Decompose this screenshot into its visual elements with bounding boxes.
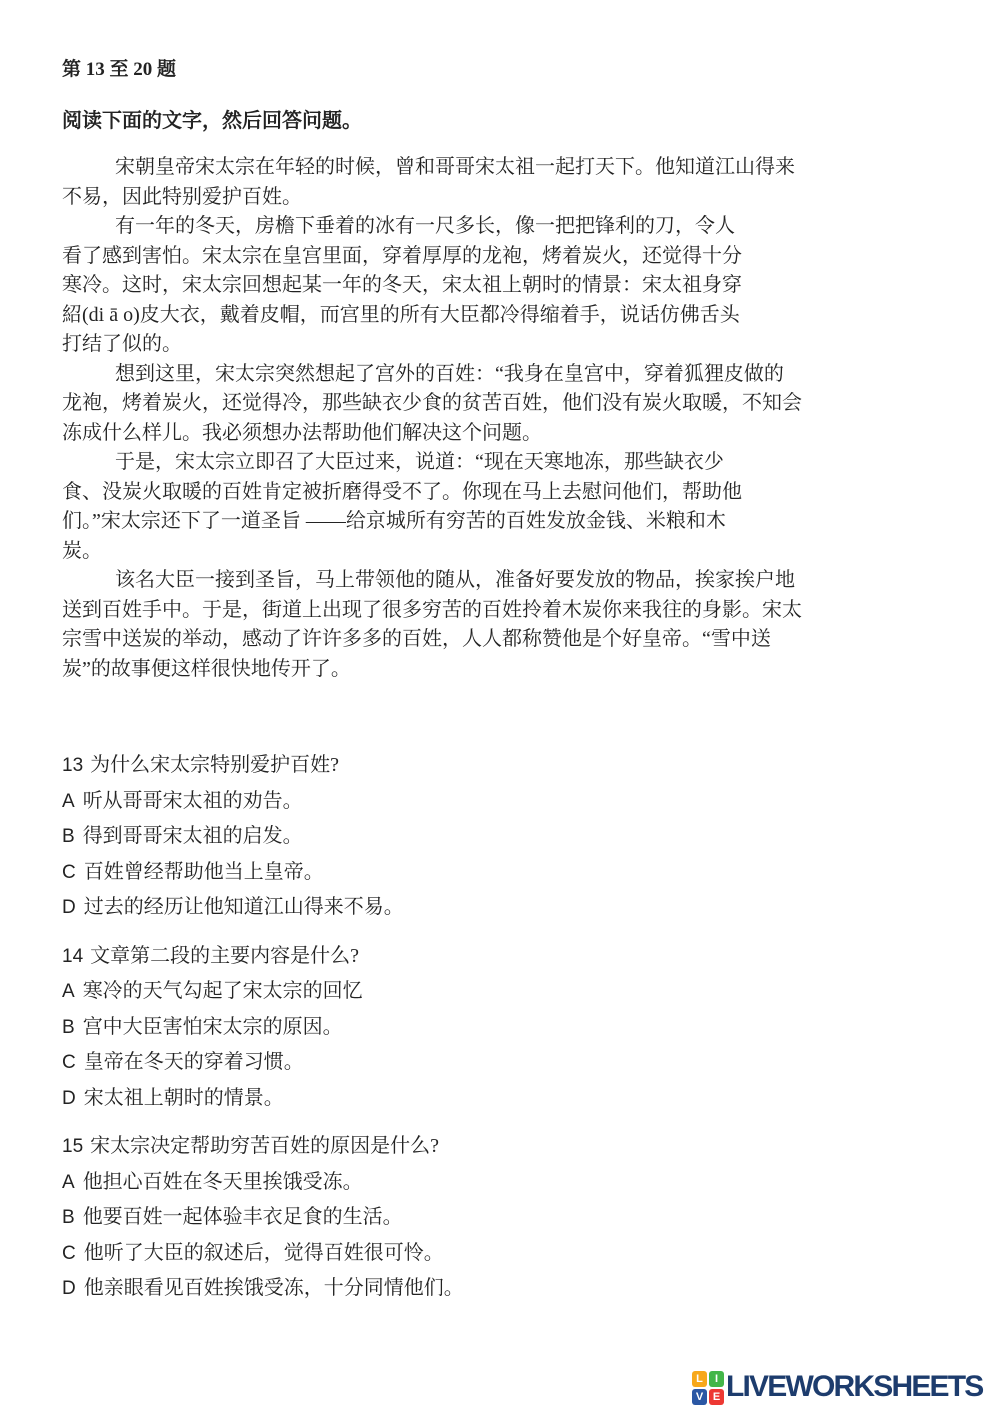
option-label: B [62,1207,75,1228]
passage-line: 们。”宋太宗还下了一道圣旨 ——给京城所有穷苦的百姓发放金钱、米粮和木 [62,507,942,537]
question-number: 14 [62,946,83,967]
option-label: B [62,1017,75,1038]
option-label: C [62,862,76,883]
option-text: 他要百姓一起体验丰衣足食的生活。 [83,1206,403,1228]
passage-line: 打结了似的。 [62,330,942,360]
question-block-13: 13为什么宋太宗特别爱护百姓? A听从哥哥宋太祖的劝告。 B得到哥哥宋太祖的启发… [62,748,942,926]
passage-line: 有一年的冬天，房檐下垂着的冰有一尺多长，像一把把锋利的刀，令人 [62,212,942,242]
option-label: B [62,826,75,847]
logo-tile-e: E [709,1389,724,1405]
liveworksheets-logo[interactable]: L I V E LIVEWORKSHEETS [692,1369,983,1405]
option-row[interactable]: C百姓曾经帮助他当上皇帝。 [62,855,942,891]
option-text: 听从哥哥宋太祖的劝告。 [83,790,303,812]
passage-line: 想到这里，宋太宗突然想起了宫外的百姓：“我身在皇宫中，穿着狐狸皮做的 [62,360,942,390]
passage-paragraph: 宋朝皇帝宋太宗在年轻的时候，曾和哥哥宋太祖一起打天下。他知道江山得来 不易，因此… [62,153,942,212]
question-block-15: 15宋太宗决定帮助穷苦百姓的原因是什么? A他担心百姓在冬天里挨饿受冻。 B他要… [62,1129,942,1307]
passage-line: 紹(di ā o)皮大衣，戴着皮帽，而宫里的所有大臣都冷得缩着手，说话仿佛舌头 [62,301,942,331]
passage-line: 龙袍，烤着炭火，还觉得冷，那些缺衣少食的贫苦百姓，他们没有炭火取暖，不知会 [62,389,942,419]
passage-line: 于是，宋太宗立即召了大臣过来，说道：“现在天寒地冻，那些缺衣少 [62,448,942,478]
passage-paragraph: 想到这里，宋太宗突然想起了宫外的百姓：“我身在皇宫中，穿着狐狸皮做的 龙袍，烤着… [62,360,942,449]
option-label: D [62,1088,76,1109]
passage-line: 宗雪中送炭的举动，感动了许许多多的百姓，人人都称赞他是个好皇帝。“雪中送 [62,625,942,655]
passage-line: 炭。 [62,537,942,567]
passage-line: 寒冷。这时，宋太宗回想起某一年的冬天，宋太祖上朝时的情景：宋太祖身穿 [62,271,942,301]
option-text: 宫中大臣害怕宋太宗的原因。 [83,1016,343,1038]
brand-wordmark: LIVEWORKSHEETS [726,1370,983,1404]
option-row[interactable]: D宋太祖上朝时的情景。 [62,1081,942,1117]
option-text: 得到哥哥宋太祖的启发。 [83,825,303,847]
option-text: 皇帝在冬天的穿着习惯。 [84,1051,304,1073]
question-range-heading: 第 13 至 20 题 [62,58,942,82]
worksheet-page: 第 13 至 20 题 阅读下面的文字，然后回答问题。 宋朝皇帝宋太宗在年轻的时… [62,58,942,1320]
instruction-heading: 阅读下面的文字，然后回答问题。 [62,109,942,134]
option-label: C [62,1052,76,1073]
option-label: D [62,897,76,918]
passage-line: 食、没炭火取暖的百姓肯定被折磨得受不了。你现在马上去慰问他们，帮助他 [62,478,942,508]
option-row[interactable]: D过去的经历让他知道江山得来不易。 [62,890,942,926]
questions-section: 13为什么宋太宗特别爱护百姓? A听从哥哥宋太祖的劝告。 B得到哥哥宋太祖的启发… [62,748,942,1307]
passage-line: 炭”的故事便这样很快地传开了。 [62,655,942,685]
option-text: 宋太祖上朝时的情景。 [84,1087,284,1109]
option-label: D [62,1278,76,1299]
option-row[interactable]: B他要百姓一起体验丰衣足食的生活。 [62,1200,942,1236]
option-row[interactable]: D他亲眼看见百姓挨饿受冻，十分同情他们。 [62,1271,942,1307]
question-number: 13 [62,755,83,776]
option-label: C [62,1243,76,1264]
option-label: A [62,1172,75,1193]
passage-line: 冻成什么样儿。我必须想办法帮助他们解决这个问题。 [62,419,942,449]
question-number: 15 [62,1136,83,1157]
reading-passage: 宋朝皇帝宋太宗在年轻的时候，曾和哥哥宋太祖一起打天下。他知道江山得来 不易，因此… [62,153,942,684]
option-text: 他担心百姓在冬天里挨饿受冻。 [83,1171,363,1193]
option-row[interactable]: B宫中大臣害怕宋太宗的原因。 [62,1010,942,1046]
option-row[interactable]: A寒冷的天气勾起了宋太宗的回忆 [62,974,942,1010]
option-row[interactable]: C他听了大臣的叙述后，觉得百姓很可怜。 [62,1236,942,1272]
option-row[interactable]: C皇帝在冬天的穿着习惯。 [62,1045,942,1081]
option-text: 他亲眼看见百姓挨饿受冻，十分同情他们。 [84,1277,464,1299]
passage-paragraph: 于是，宋太宗立即召了大臣过来，说道：“现在天寒地冻，那些缺衣少 食、没炭火取暖的… [62,448,942,566]
option-row[interactable]: B得到哥哥宋太祖的启发。 [62,819,942,855]
passage-line: 该名大臣一接到圣旨，马上带领他的随从，准备好要发放的物品，挨家挨户地 [62,566,942,596]
logo-tile-v: V [692,1389,707,1405]
passage-line: 看了感到害怕。宋太宗在皇宫里面，穿着厚厚的龙袍，烤着炭火，还觉得十分 [62,242,942,272]
passage-line: 送到百姓手中。于是，街道上出现了很多穷苦的百姓拎着木炭你来我往的身影。宋太 [62,596,942,626]
liveworksheets-tiles-icon: L I V E [692,1371,724,1405]
question-text: 文章第二段的主要内容是什么? [90,945,359,967]
passage-paragraph: 该名大臣一接到圣旨，马上带领他的随从，准备好要发放的物品，挨家挨户地 送到百姓手… [62,566,942,684]
option-row[interactable]: A听从哥哥宋太祖的劝告。 [62,784,942,820]
option-text: 百姓曾经帮助他当上皇帝。 [84,861,324,883]
question-title: 13为什么宋太宗特别爱护百姓? [62,748,942,784]
question-title: 14文章第二段的主要内容是什么? [62,939,942,975]
option-text: 寒冷的天气勾起了宋太宗的回忆 [83,980,363,1002]
logo-tile-l: L [692,1371,707,1387]
option-text: 过去的经历让他知道江山得来不易。 [84,896,404,918]
logo-tile-i: I [709,1371,724,1387]
question-title: 15宋太宗决定帮助穷苦百姓的原因是什么? [62,1129,942,1165]
option-row[interactable]: A他担心百姓在冬天里挨饿受冻。 [62,1165,942,1201]
question-text: 为什么宋太宗特别爱护百姓? [90,754,339,776]
option-label: A [62,981,75,1002]
option-text: 他听了大臣的叙述后，觉得百姓很可怜。 [84,1242,444,1264]
passage-line: 宋朝皇帝宋太宗在年轻的时候，曾和哥哥宋太祖一起打天下。他知道江山得来 [62,153,942,183]
question-block-14: 14文章第二段的主要内容是什么? A寒冷的天气勾起了宋太宗的回忆 B宫中大臣害怕… [62,939,942,1117]
question-text: 宋太宗决定帮助穷苦百姓的原因是什么? [90,1135,439,1157]
passage-paragraph: 有一年的冬天，房檐下垂着的冰有一尺多长，像一把把锋利的刀，令人 看了感到害怕。宋… [62,212,942,360]
passage-line: 不易，因此特别爱护百姓。 [62,183,942,213]
option-label: A [62,791,75,812]
